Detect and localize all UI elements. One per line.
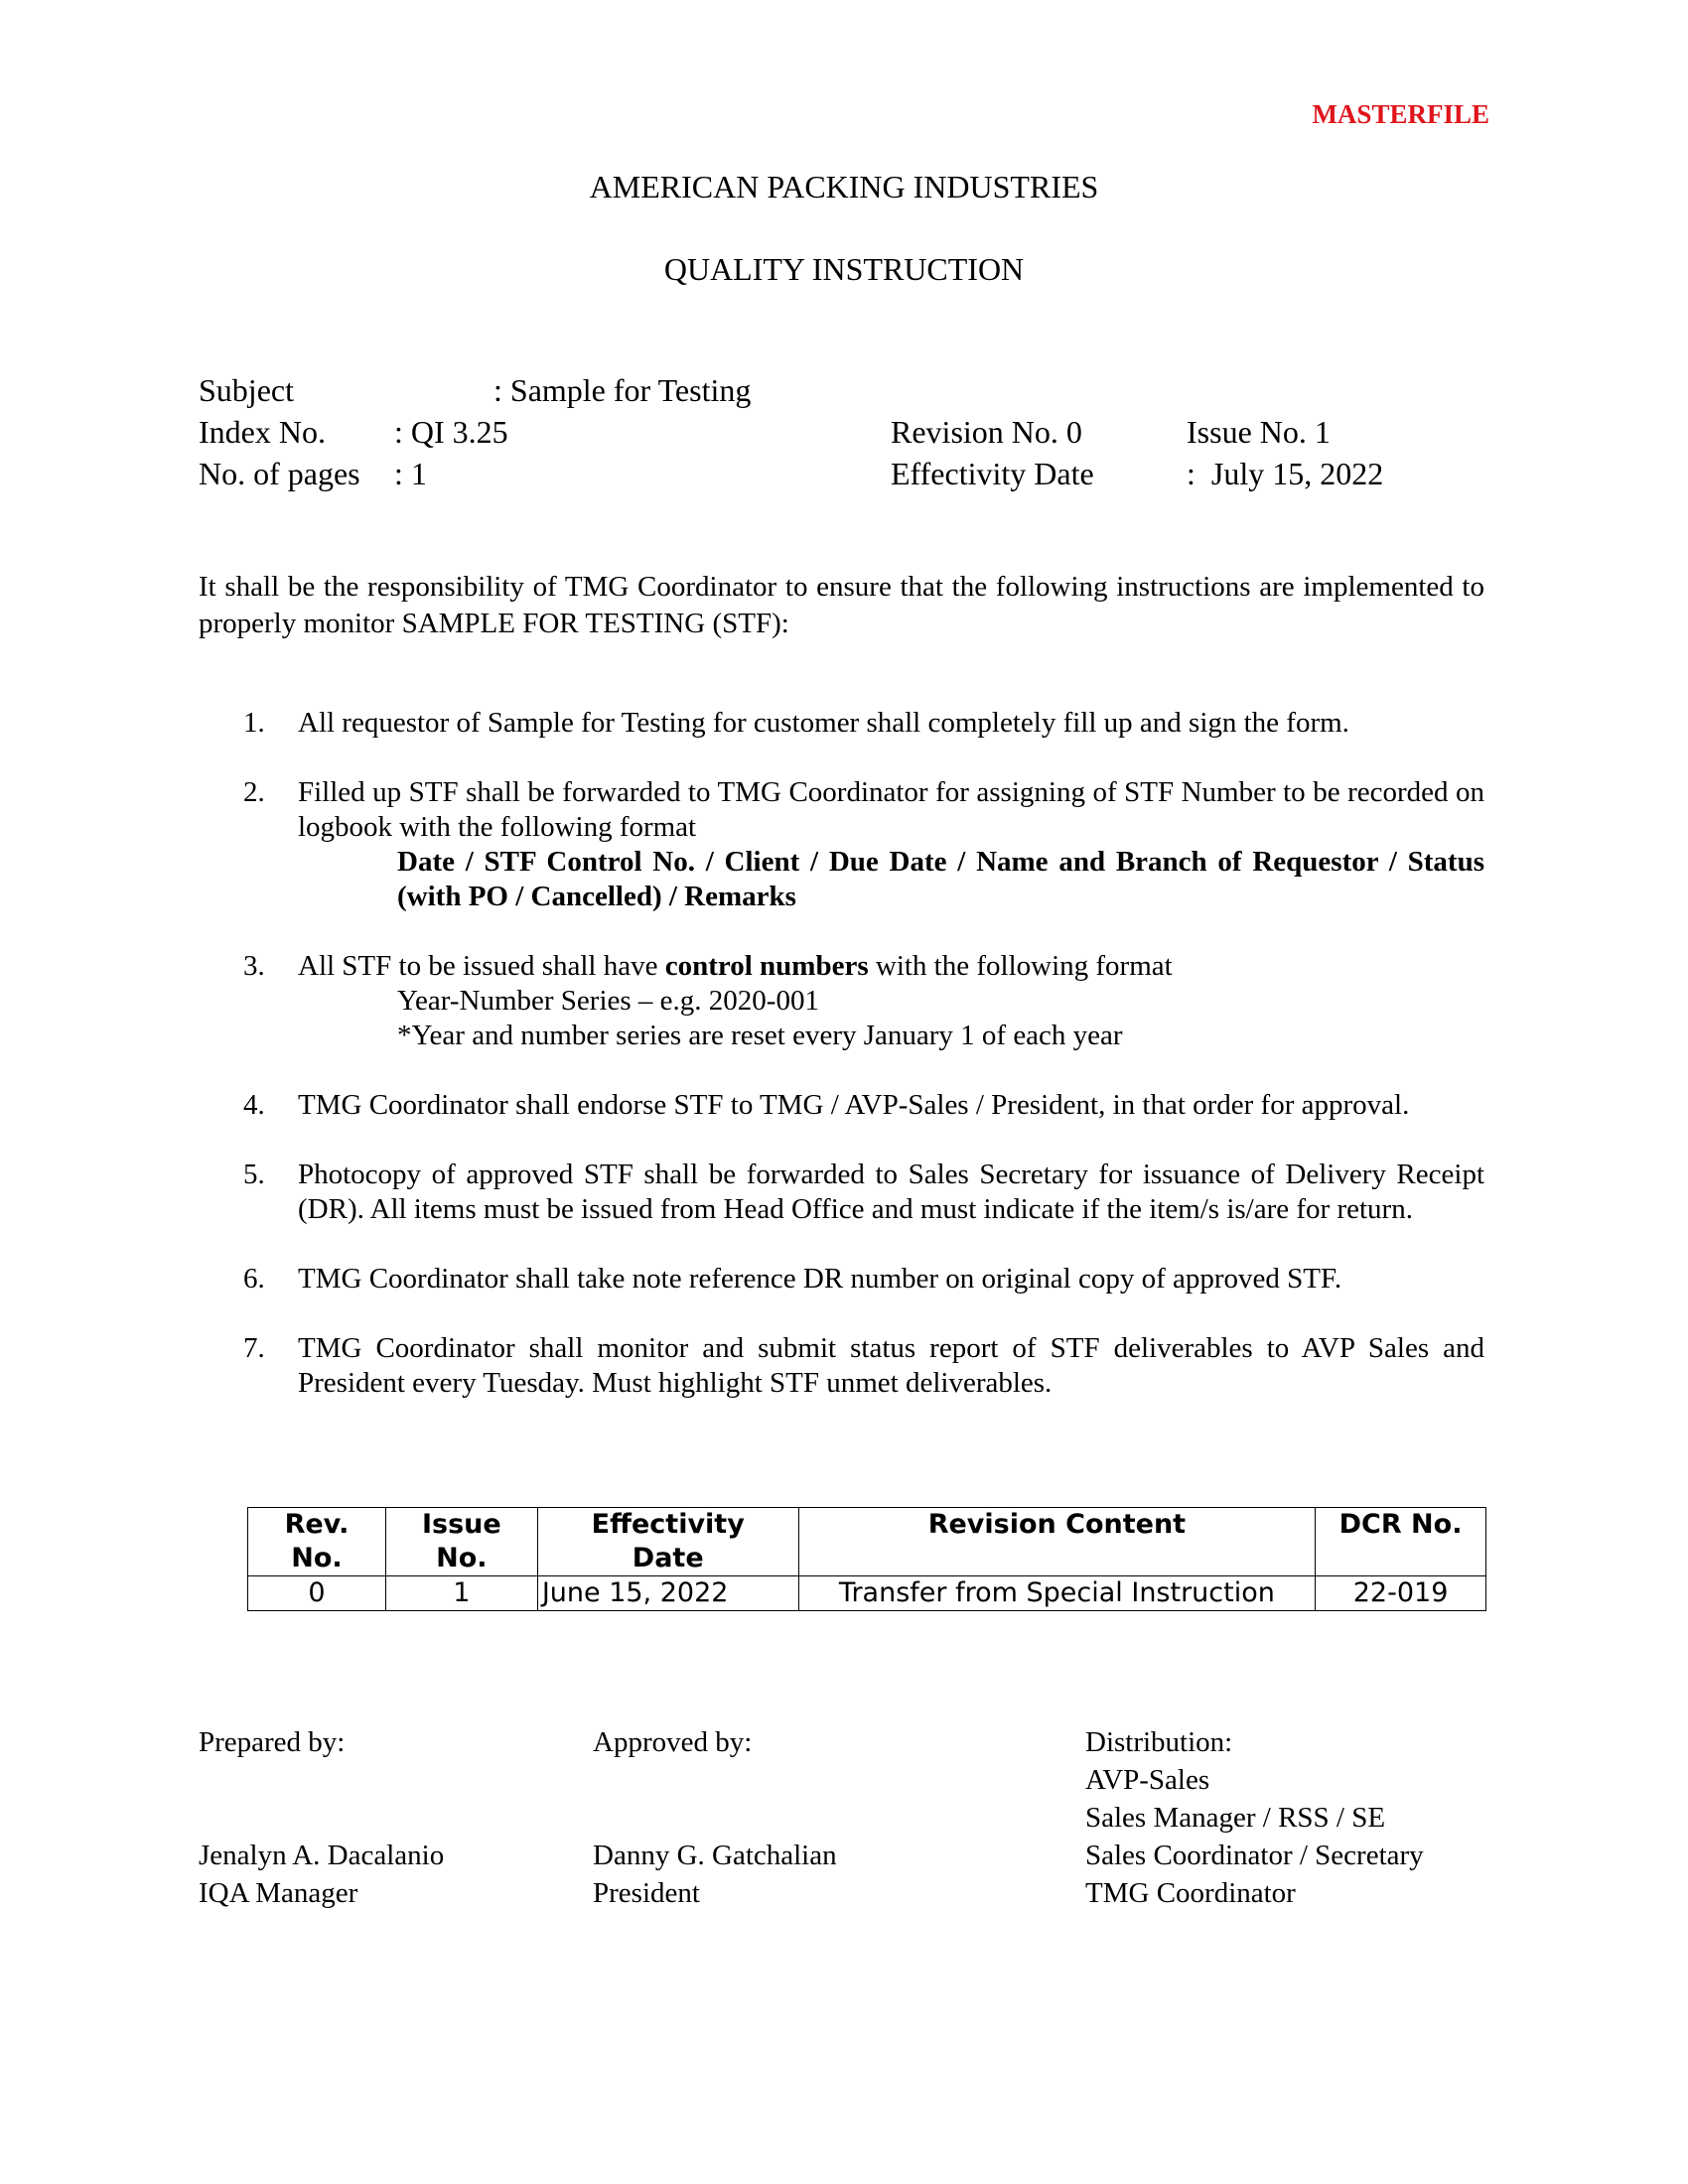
- reset-note: *Year and number series are reset every …: [298, 1019, 1484, 1053]
- revision-history-table: Rev. No.Issue No.Effectivity DateRevisio…: [247, 1507, 1486, 1611]
- column-header: DCR No.: [1316, 1508, 1486, 1576]
- preparer-title: IQA Manager: [199, 1874, 357, 1912]
- table-cell: Transfer from Special Instruction: [798, 1576, 1315, 1611]
- column-header: Rev. No.: [248, 1508, 386, 1576]
- instruction-list: 1. All requestor of Sample for Testing f…: [243, 706, 1484, 1435]
- distribution-list: AVP-Sales Sales Manager / RSS / SE Sales…: [1085, 1761, 1424, 1912]
- table-cell: 1: [385, 1576, 537, 1611]
- distribution-item: AVP-Sales: [1085, 1761, 1424, 1799]
- table-cell: 0: [248, 1576, 386, 1611]
- subject-value: : Sample for Testing: [493, 369, 751, 411]
- approver-title: President: [593, 1874, 700, 1912]
- list-item: 3. All STF to be issued shall have contr…: [243, 949, 1484, 1053]
- list-item: 6. TMG Coordinator shall take note refer…: [243, 1262, 1484, 1297]
- instruction-text: TMG Coordinator shall take note referenc…: [298, 1262, 1484, 1297]
- instruction-text: Photocopy of approved STF shall be forwa…: [298, 1158, 1484, 1227]
- distribution-item: Sales Coordinator / Secretary: [1085, 1837, 1424, 1874]
- approver-name: Danny G. Gatchalian: [593, 1837, 837, 1874]
- column-header: Issue No.: [385, 1508, 537, 1576]
- index-value: : QI 3.25: [394, 411, 508, 453]
- subject-label: Subject: [199, 369, 294, 411]
- issue-number: Issue No. 1: [1187, 411, 1331, 453]
- effectivity-label: Effectivity Date: [891, 453, 1094, 494]
- instruction-text: Filled up STF shall be forwarded to TMG …: [298, 775, 1484, 845]
- distribution-item: TMG Coordinator: [1085, 1874, 1424, 1912]
- list-item: 5. Photocopy of approved STF shall be fo…: [243, 1158, 1484, 1227]
- distribution-item: Sales Manager / RSS / SE: [1085, 1799, 1424, 1837]
- index-label: Index No.: [199, 411, 326, 453]
- effectivity-value: : July 15, 2022: [1187, 453, 1383, 494]
- list-item: 4. TMG Coordinator shall endorse STF to …: [243, 1088, 1484, 1123]
- pages-value: : 1: [394, 453, 427, 494]
- intro-paragraph: It shall be the responsibility of TMG Co…: [199, 569, 1484, 642]
- logbook-format: Date / STF Control No. / Client / Due Da…: [298, 845, 1484, 914]
- revision-number: Revision No. 0: [891, 411, 1082, 453]
- table-row: 01June 15, 2022Transfer from Special Ins…: [248, 1576, 1486, 1611]
- control-number-format: Year-Number Series – e.g. 2020-001: [298, 984, 1484, 1019]
- table-cell: June 15, 2022: [537, 1576, 798, 1611]
- instruction-text: All requestor of Sample for Testing for …: [298, 706, 1484, 741]
- instruction-text: TMG Coordinator shall monitor and submit…: [298, 1331, 1484, 1401]
- distribution-label: Distribution:: [1085, 1723, 1232, 1761]
- approved-by-label: Approved by:: [593, 1723, 752, 1761]
- company-name: AMERICAN PACKING INDUSTRIES: [0, 169, 1688, 205]
- prepared-by-label: Prepared by:: [199, 1723, 345, 1761]
- list-item: 7. TMG Coordinator shall monitor and sub…: [243, 1331, 1484, 1401]
- column-header: Revision Content: [798, 1508, 1315, 1576]
- instruction-text: TMG Coordinator shall endorse STF to TMG…: [298, 1088, 1484, 1123]
- masterfile-stamp: MASTERFILE: [1312, 99, 1489, 130]
- document-type: QUALITY INSTRUCTION: [0, 251, 1688, 288]
- list-item: 2. Filled up STF shall be forwarded to T…: [243, 775, 1484, 914]
- table-header-row: Rev. No.Issue No.Effectivity DateRevisio…: [248, 1508, 1486, 1576]
- table-cell: 22-019: [1316, 1576, 1486, 1611]
- control-numbers-emphasis: control numbers: [665, 950, 869, 982]
- instruction-text: All STF to be issued shall have control …: [298, 949, 1484, 984]
- column-header: Effectivity Date: [537, 1508, 798, 1576]
- list-item: 1. All requestor of Sample for Testing f…: [243, 706, 1484, 741]
- preparer-name: Jenalyn A. Dacalanio: [199, 1837, 444, 1874]
- pages-label: No. of pages: [199, 453, 360, 494]
